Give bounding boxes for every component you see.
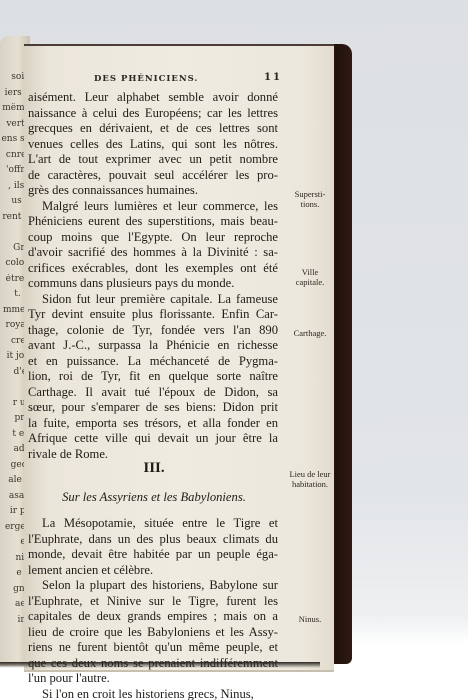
text-line: monde, devait être habitée par un peuple… — [28, 547, 278, 563]
book-page: DES PHÉNICIENS. 11 aisément. Leur alphab… — [24, 44, 334, 672]
text-line: d'avoir sacrifié des hommes à la Divinit… — [28, 245, 278, 261]
text-line: sœur, pour s'emparer de ses biens: Didon… — [28, 400, 278, 416]
text-line: riens ne furent bientôt qu'un même peupl… — [28, 640, 278, 656]
text-line: avant J.-C., surpassa la Phénicie en ric… — [28, 338, 278, 354]
body-text-block: aisément. Leur alphabet semble avoir don… — [28, 90, 278, 462]
section-text-block: La Mésopotamie, située entre le Tigre et… — [28, 516, 278, 700]
text-line: Si l'on en croit les historiens grecs, N… — [28, 687, 278, 700]
margin-note-ninus: Ninus. — [284, 614, 336, 624]
running-head: DES PHÉNICIENS. — [94, 74, 198, 84]
text-line: de caractères, pouvait seul accélérer le… — [28, 168, 278, 184]
text-line: L'art de tout exprimer avec un petit nom… — [28, 152, 278, 168]
text-line: Malgré leurs lumières et leur commerce, … — [28, 199, 278, 215]
section-title: Sur les Assyriens et les Babyloniens. — [24, 490, 284, 505]
text-line: Carthage. Il avait tué l'époux de Didon,… — [28, 385, 278, 401]
text-line: lement ancien et célèbre. — [28, 563, 278, 579]
text-line: crifices exécrables, dont les exemples o… — [28, 261, 278, 277]
text-line: l'un pour l'autre. — [28, 671, 278, 687]
text-line: grès des connaissances humaines. — [28, 183, 278, 199]
text-line: et en puissance. La méchanceté de Pygma- — [28, 354, 278, 370]
text-line: thage, colonie de Tyr, fondée vers l'an … — [28, 323, 278, 339]
text-line: naissance à celui des Européens; car les… — [28, 106, 278, 122]
page-number: 11 — [264, 72, 282, 83]
text-line: La Mésopotamie, située entre le Tigre et — [28, 516, 278, 532]
text-line: coup moins que l'Egypte. On leur reproch… — [28, 230, 278, 246]
margin-note-lieu-habitation: Lieu de leurhabitation. — [284, 469, 336, 489]
text-line: aisément. Leur alphabet semble avoir don… — [28, 90, 278, 106]
text-line: Phéniciens eurent des superstitions, mai… — [28, 214, 278, 230]
text-line: Afrique cette ville qui devait un jour ê… — [28, 431, 278, 447]
text-line: venues celles des Latins, qui sont les n… — [28, 137, 278, 153]
text-line: communs dans plusieurs pays du monde. — [28, 276, 278, 292]
text-line: Tyr devint ensuite plus florissante. Enf… — [28, 307, 278, 323]
margin-note-ville-capitale: Villecapitale. — [284, 267, 336, 287]
page-shadow — [0, 662, 320, 668]
margin-note-superstitions: Supersti-tions. — [284, 189, 336, 209]
text-line: Sidon fut leur première capitale. La fam… — [28, 292, 278, 308]
text-line: lion, roi de Tyr, fit en quelque sorte n… — [28, 369, 278, 385]
margin-note-carthage: Carthage. — [284, 328, 336, 338]
text-line: grecques en dérivaient, et de ces lettre… — [28, 121, 278, 137]
text-line: la fuite, emporta ses trésors, et alla f… — [28, 416, 278, 432]
text-line: l'Euphrate, dans un des plus beaux clima… — [28, 532, 278, 548]
text-line: lieu de croire que les Babyloniens et le… — [28, 625, 278, 641]
section-number: III. — [24, 460, 284, 477]
text-line: Selon la plupart des historiens, Babylon… — [28, 578, 278, 594]
text-line: capitales de deux grands empires ; mais … — [28, 609, 278, 625]
text-line: l'Euphrate, et Ninive sur le Tigre, fure… — [28, 594, 278, 610]
